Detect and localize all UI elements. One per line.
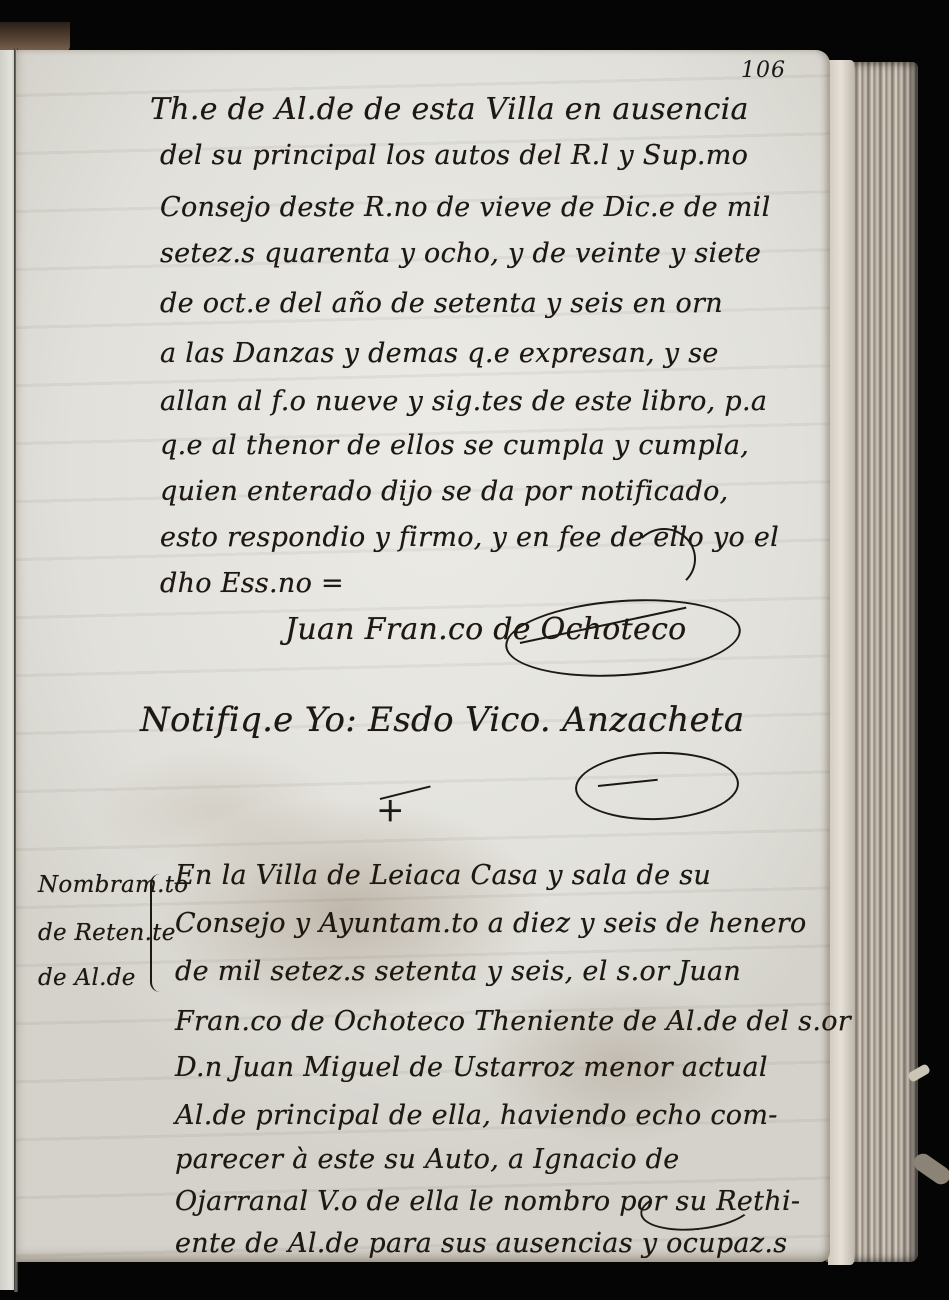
text-line: de mil setez.s setenta y seis, el s.or J… <box>175 956 741 987</box>
text-line: D.n Juan Miguel de Ustarroz menor actual <box>175 1052 768 1083</box>
text-line: de oct.e del año de setenta y seis en or… <box>160 288 723 319</box>
folio-number: 106 <box>741 58 786 83</box>
brace-icon <box>150 874 166 992</box>
text-line: q.e al thenor de ellos se cumpla y cumpl… <box>160 430 749 461</box>
binding-corner <box>0 22 70 52</box>
page-edge-flyleaf <box>828 60 854 1265</box>
text-line: Fran.co de Ochoteco Theniente de Al.de d… <box>175 1006 851 1037</box>
text-line: allan al f.o nueve y sig.tes de este lib… <box>160 386 767 417</box>
notification-signature: Notifiq.e Yo: Esdo Vico. Anzacheta <box>140 700 744 740</box>
text-line: En la Villa de Leiaca Casa y sala de su <box>175 860 711 891</box>
text-line: quien enterado dijo se da por notificado… <box>160 476 729 507</box>
text-line: del su principal los autos del R.l y Sup… <box>160 140 748 171</box>
text-line: Th.e de Al.de de esta Villa en ausencia <box>150 92 749 127</box>
manuscript-photo: 106 Th.e de Al.de de esta Villa en ausen… <box>0 0 949 1300</box>
margin-note-line: de Al.de <box>38 965 136 991</box>
rubric-flourish-icon <box>632 528 696 590</box>
text-line: ente de Al.de para sus ausencias y ocupa… <box>175 1228 787 1259</box>
text-line: a las Danzas y demas q.e expresan, y se <box>160 338 719 369</box>
text-line: dho Ess.no = <box>160 568 344 599</box>
text-line: setez.s quarenta y ocho, y de veinte y s… <box>160 238 761 269</box>
text-line: Consejo y Ayuntam.to a diez y seis de he… <box>175 908 807 939</box>
text-line: Consejo deste R.no de vieve de Dic.e de … <box>160 192 771 223</box>
text-line: parecer à este su Auto, a Ignacio de <box>175 1144 680 1175</box>
text-line: Al.de principal de ella, haviendo echo c… <box>175 1100 778 1131</box>
